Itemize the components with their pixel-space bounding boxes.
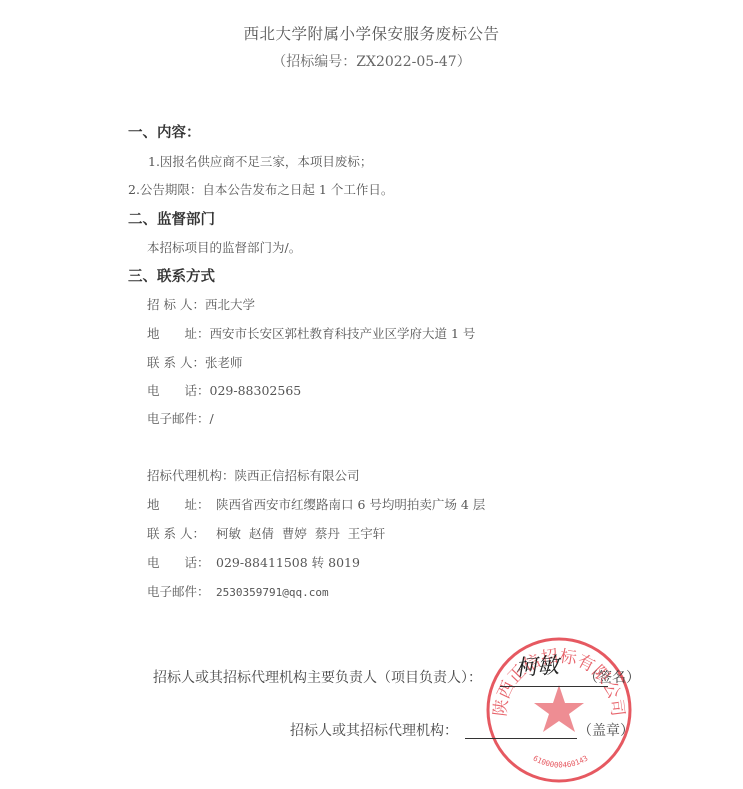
section-contact-heading: 三、联系方式	[128, 265, 215, 286]
agency-email-label: 电子邮件：	[147, 582, 216, 600]
tenderer-contact-label: 联 系 人：	[147, 353, 205, 371]
agency-name-row: 招标代理机构：陕西正信招标有限公司	[147, 466, 360, 484]
agency-contact-value: 柯敏 赵倩 曹婷 蔡丹 王宇轩	[216, 526, 385, 541]
official-seal-stamp: 陕西正信招标有限公司 6100000460143	[484, 635, 634, 785]
tenderer-contact-row: 联 系 人：张老师	[147, 353, 242, 371]
tenderer-name-label: 招 标 人：	[147, 295, 205, 313]
agency-phone-value: 029-88411508 转 8019	[216, 555, 360, 570]
tenderer-contact-value: 张老师	[205, 355, 243, 370]
seal-line	[465, 738, 577, 739]
section-supervision-heading: 二、监督部门	[128, 208, 215, 229]
agency-email-row: 电子邮件：2530359791@qq.com	[147, 582, 329, 600]
agency-name-label: 招标代理机构：	[147, 466, 235, 484]
agency-name-value: 陕西正信招标有限公司	[235, 468, 360, 483]
agency-address-row: 地 址：陕西省西安市红缨路南口 6 号均明拍卖广场 4 层	[147, 495, 485, 513]
star-icon	[534, 685, 584, 732]
section-content-heading: 一、内容：	[128, 121, 201, 142]
tenderer-phone-label: 电 话：	[147, 381, 210, 399]
agency-phone-label: 电 话：	[147, 553, 216, 571]
tenderer-phone-row: 电 话：029-88302565	[147, 381, 301, 399]
tenderer-name-value: 西北大学	[205, 297, 255, 312]
agency-contact-row: 联 系 人：柯敏 赵倩 曹婷 蔡丹 王宇轩	[147, 524, 385, 542]
tenderer-email-row: 电子邮件：/	[147, 409, 214, 427]
seal-suffix: （盖章）	[578, 720, 634, 740]
content-item-1: 1.因报名供应商不足三家，本项目废标；	[148, 152, 372, 170]
tender-number: （招标编号：ZX2022-05-47）	[0, 51, 743, 71]
tenderer-address-row: 地 址：西安市长安区郭杜教育科技产业区学府大道 1 号	[147, 324, 475, 342]
tenderer-email-value: /	[210, 411, 214, 426]
supervision-text: 本招标项目的监督部门为/。	[147, 238, 301, 256]
agency-phone-row: 电 话：029-88411508 转 8019	[147, 553, 360, 571]
tenderer-name-row: 招 标 人：西北大学	[147, 295, 255, 313]
content-item-2: 2.公告期限：自本公告发布之日起 1 个工作日。	[128, 180, 393, 198]
tenderer-phone-value: 029-88302565	[210, 383, 302, 398]
agency-seal-label: 招标人或其招标代理机构：	[290, 720, 458, 740]
tenderer-email-label: 电子邮件：	[147, 409, 210, 427]
sign-suffix: （签名）	[584, 667, 640, 687]
agency-email-value: 2530359791@qq.com	[216, 586, 329, 599]
document-title: 西北大学附属小学保安服务废标公告	[0, 22, 743, 44]
agency-contact-label: 联 系 人：	[147, 524, 216, 542]
tenderer-address-value: 西安市长安区郭杜教育科技产业区学府大道 1 号	[210, 326, 476, 341]
tenderer-address-label: 地 址：	[147, 324, 210, 342]
handwritten-signature: 柯敏	[514, 649, 560, 683]
agency-address-label: 地 址：	[147, 495, 216, 513]
svg-text:6100000460143: 6100000460143	[532, 754, 590, 770]
responsible-person-label: 招标人或其招标代理机构主要负责人（项目负责人）：	[153, 667, 482, 687]
agency-address-value: 陕西省西安市红缨路南口 6 号均明拍卖广场 4 层	[216, 497, 485, 512]
